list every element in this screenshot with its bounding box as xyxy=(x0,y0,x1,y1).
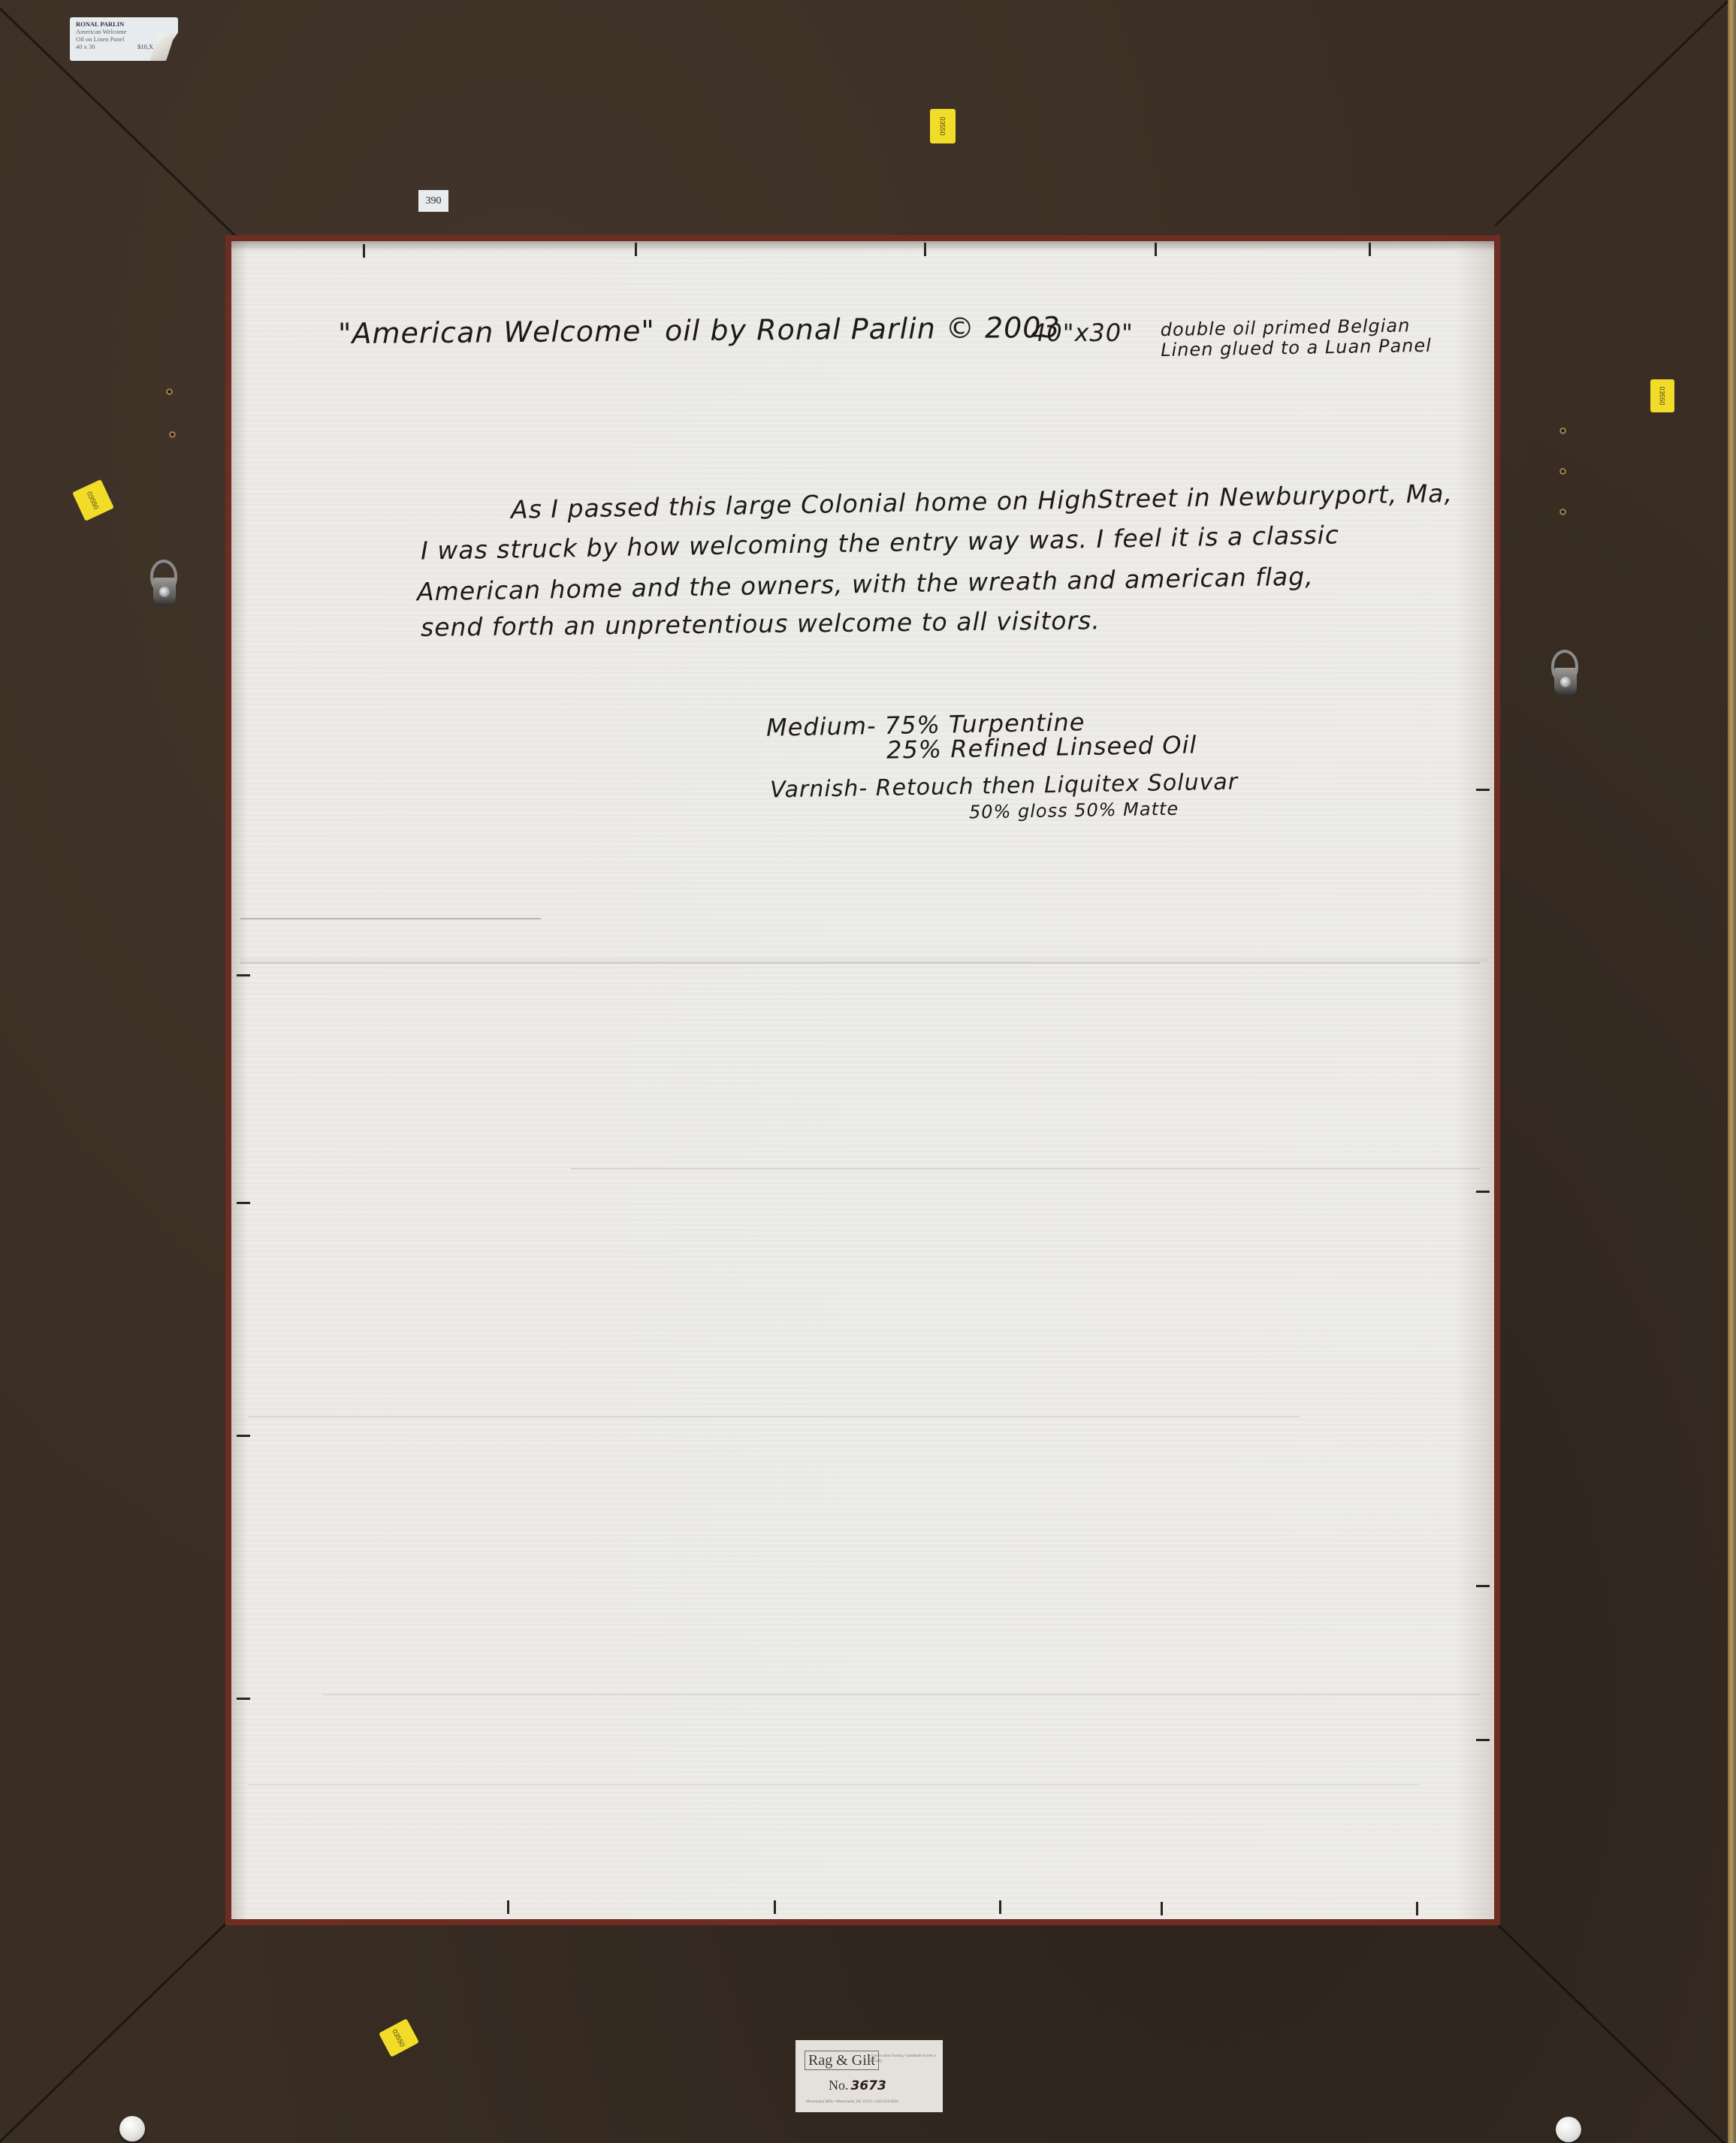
framer-address: Montchanin Mills • Montchanin, DE 19710 … xyxy=(806,2100,898,2104)
grain-line xyxy=(248,1784,1420,1785)
handwritten-varnish-detail: 50% gloss 50% Matte xyxy=(969,796,1179,826)
handwritten-paragraph-line: send forth an unpretentious welcome to a… xyxy=(421,599,1100,648)
label-artist: RONAL PARLIN xyxy=(76,20,172,28)
handwritten-material-note: double oil primed Belgian Linen glued to… xyxy=(1161,315,1432,361)
framer-brand: Rag & Gilt xyxy=(805,2051,879,2070)
staple xyxy=(924,243,926,256)
grain-line xyxy=(571,1168,1480,1170)
screw-hole xyxy=(1559,509,1566,515)
grain-line xyxy=(240,918,541,919)
handwritten-medium-detail: 25% Refined Linseed Oil xyxy=(886,732,1197,762)
bumper-bottom-right xyxy=(1556,2117,1581,2142)
staple xyxy=(237,1202,250,1204)
framer-number-prefix: No. xyxy=(829,2078,849,2093)
framer-number-value: 3673 xyxy=(851,2078,886,2093)
staple xyxy=(774,1900,776,1914)
staple xyxy=(1476,1739,1490,1741)
tag-number: 03550 xyxy=(391,2028,407,2048)
framer-label: Rag & Gilt • conservation framing • hand… xyxy=(796,2040,943,2112)
screw-hole xyxy=(1559,427,1566,434)
grain-line xyxy=(248,1416,1300,1417)
staple xyxy=(507,1900,509,1914)
staple xyxy=(1476,1191,1490,1193)
staple xyxy=(237,1435,250,1437)
right-d-ring-hanger xyxy=(1547,650,1582,695)
framer-number: No.3673 xyxy=(829,2078,886,2093)
grain-line xyxy=(323,1694,1480,1695)
tag-number: 03550 xyxy=(86,490,101,511)
screw-hole xyxy=(1559,468,1566,475)
handwritten-title-line: "American Welcome" oil by Ronal Parlin ©… xyxy=(338,311,1061,350)
grain-line xyxy=(240,958,1487,962)
staple xyxy=(1161,1902,1163,1915)
tag-number: 03550 xyxy=(939,116,946,135)
framer-tagline: • conservation framing • handmade frames… xyxy=(869,2054,937,2064)
lot-number-tag: 390 xyxy=(418,190,448,212)
grain-line xyxy=(240,962,1480,964)
left-d-ring-hanger xyxy=(146,560,181,605)
staple xyxy=(1369,243,1371,256)
tag-number: 03550 xyxy=(1659,386,1666,405)
label-price: $10,X xyxy=(137,43,153,50)
staple xyxy=(1155,243,1157,256)
staple xyxy=(999,1900,1001,1914)
frame-outer-edge xyxy=(1728,0,1736,2143)
handwritten-dimensions: 40"x30" xyxy=(1031,318,1134,347)
inventory-tag-right: 03550 xyxy=(1650,379,1674,412)
screw-hole xyxy=(169,431,176,438)
staple xyxy=(363,244,365,258)
staple xyxy=(1476,789,1490,791)
staple xyxy=(1416,1902,1418,1915)
staple xyxy=(237,1698,250,1700)
staple xyxy=(1476,1585,1490,1587)
screw-hole xyxy=(166,388,173,395)
inventory-tag-top: 03550 xyxy=(930,109,956,143)
staple xyxy=(237,974,250,976)
panel-shadow xyxy=(231,241,1494,252)
bumper-bottom-left xyxy=(119,2116,145,2141)
staple xyxy=(635,243,637,256)
